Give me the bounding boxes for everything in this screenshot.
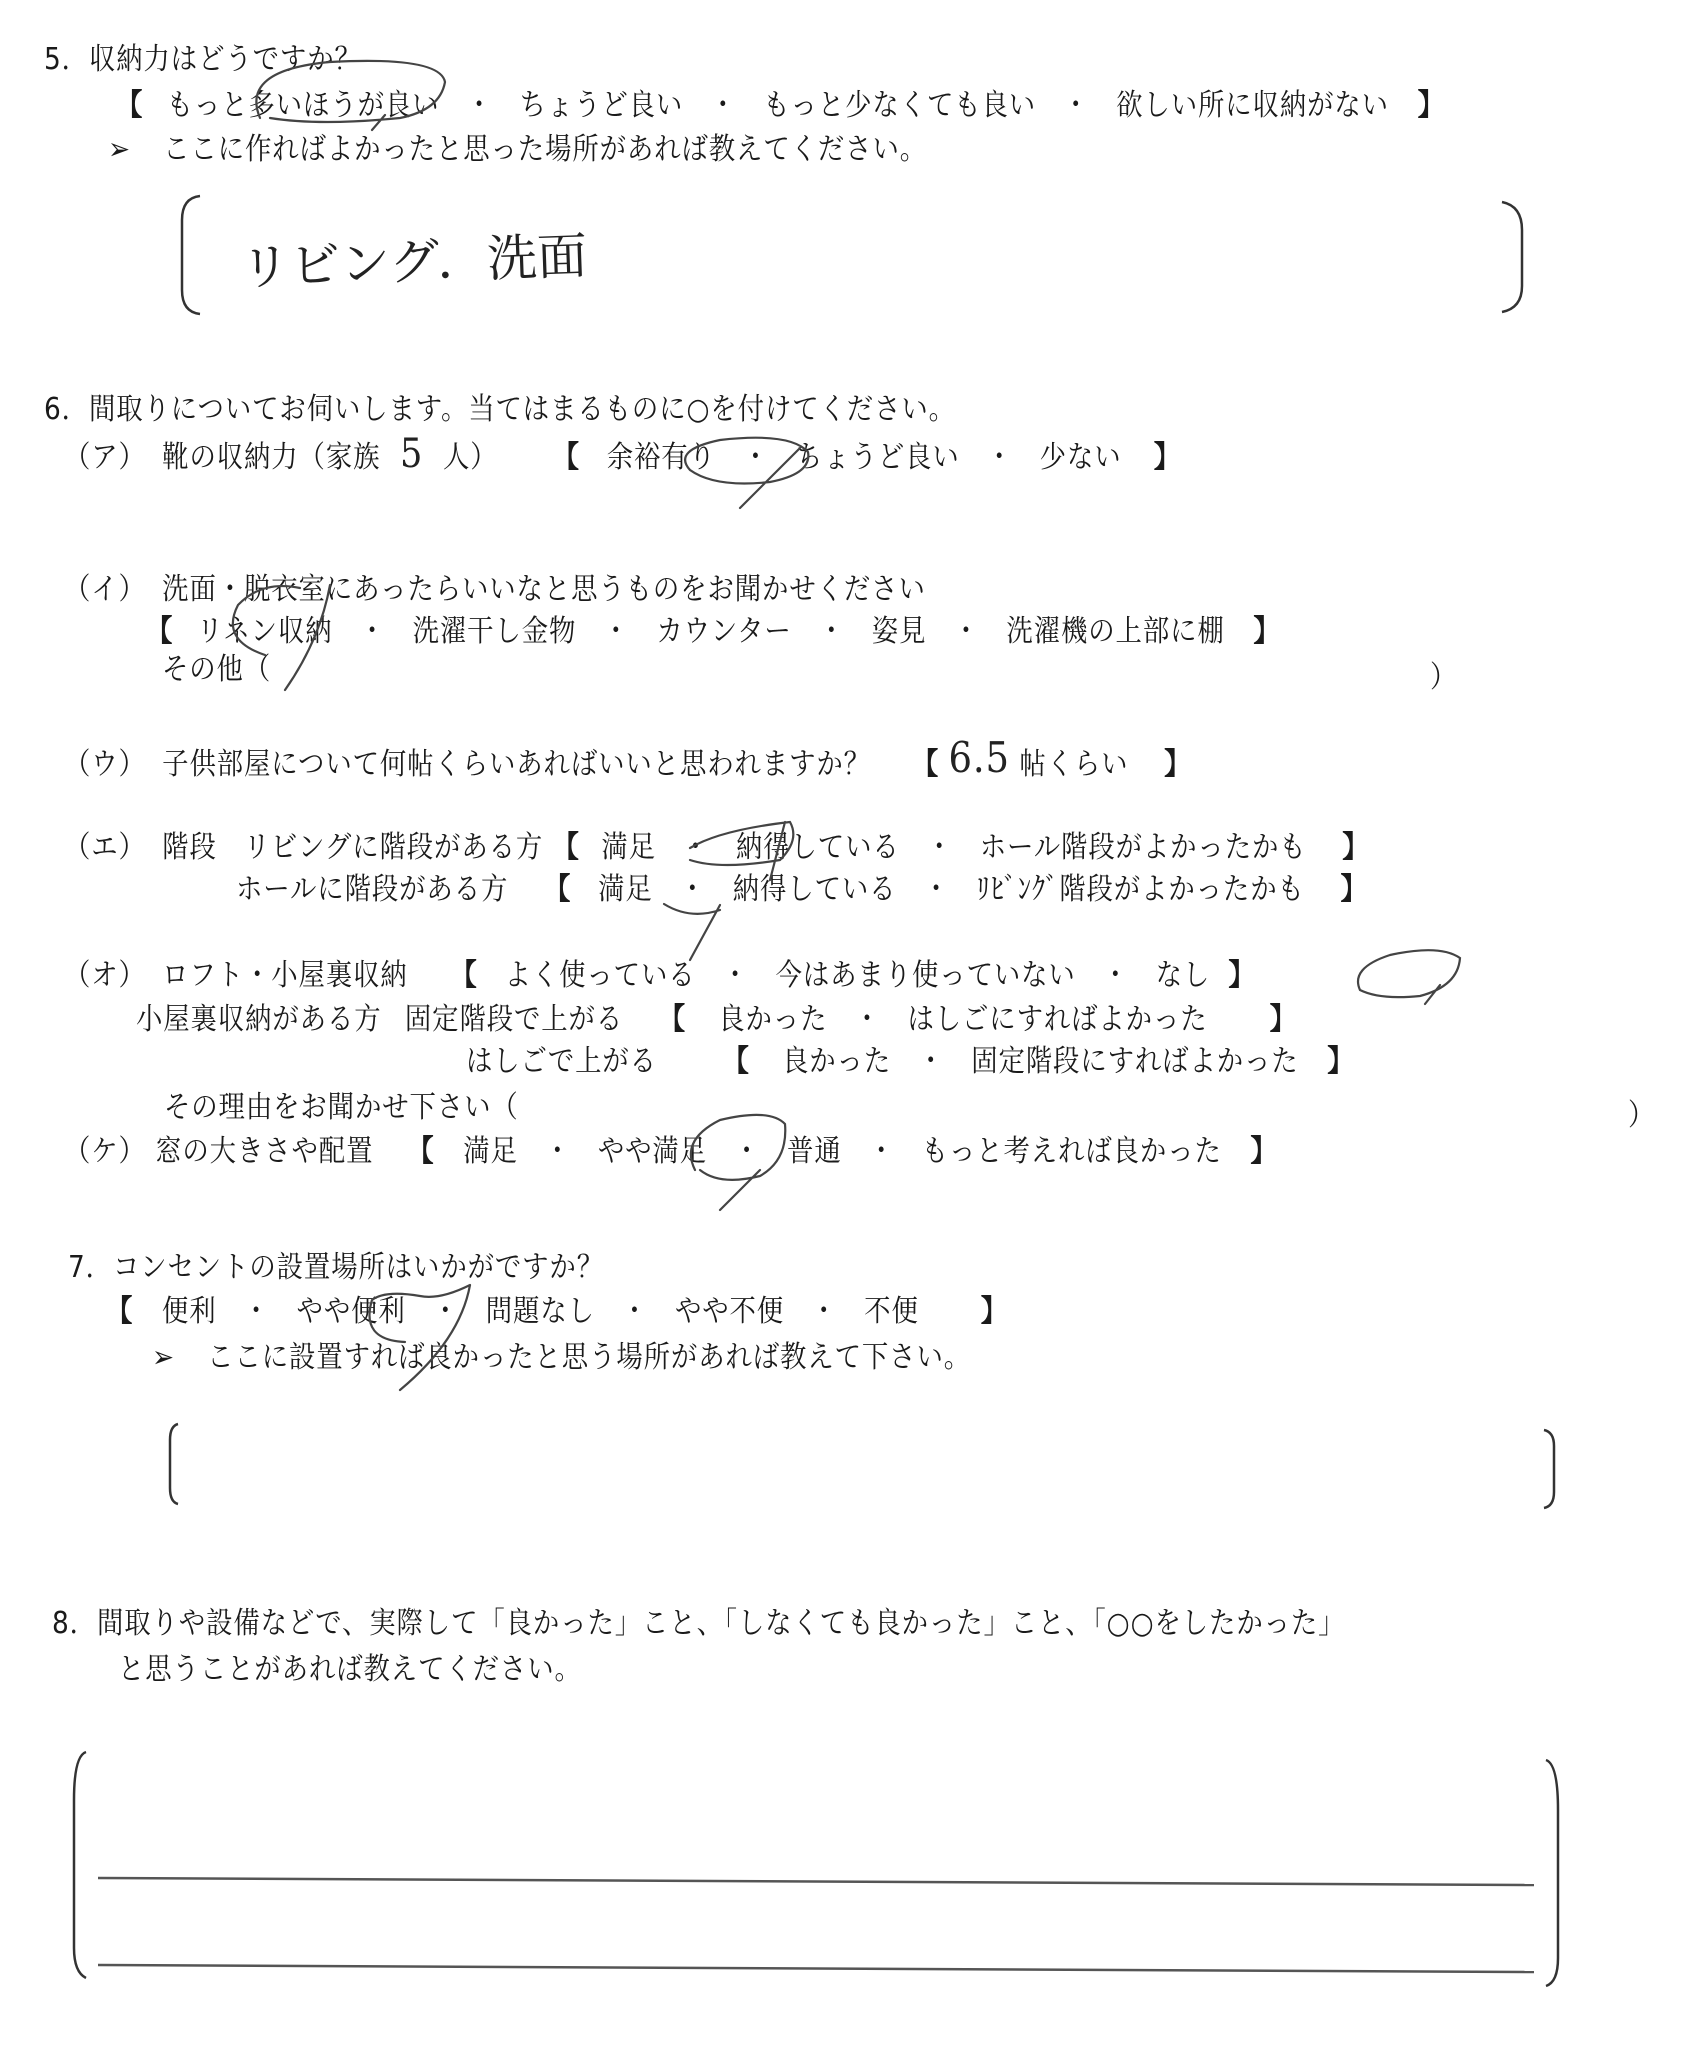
q6o-sub1-label: 固定階段で上がる bbox=[405, 1002, 623, 1037]
open-bracket: 【 bbox=[544, 872, 571, 908]
q6ke-text: 窓の大きさや配置 bbox=[155, 1134, 373, 1169]
q6e-row1-option-accept[interactable]: 納得している bbox=[736, 830, 900, 866]
separator: ・ bbox=[953, 614, 980, 650]
q6o-sub2-option-good[interactable]: 良かった bbox=[782, 1044, 891, 1080]
q6a-row: （ア） 靴の収納力（家族 5 人） 【 余裕有り・ちょうど良い・少ない 】 bbox=[64, 436, 1181, 476]
separator: ・ bbox=[918, 1044, 945, 1080]
q6ke-row: （ケ） 窓の大きさや配置 【 満足・やや満足・普通・もっと考えれば良かった 】 bbox=[64, 1134, 1278, 1170]
open-bracket: 【 bbox=[450, 958, 477, 994]
q6i-option-mirror[interactable]: 姿見 bbox=[872, 614, 927, 650]
q6o-label: （オ） bbox=[64, 958, 146, 993]
q7-answer[interactable] bbox=[190, 1430, 1540, 1500]
q5-option-missing[interactable]: 欲しい所に収納がない bbox=[1116, 88, 1389, 124]
q8-answer-line1-input[interactable] bbox=[100, 1820, 1530, 1870]
q6o-option-often[interactable]: よく使っている bbox=[505, 958, 696, 994]
q5-option-less[interactable]: もっと少なくても良い bbox=[763, 88, 1036, 124]
open-bracket: 【 bbox=[407, 1134, 434, 1170]
q8-answer-line2-input[interactable] bbox=[100, 1910, 1530, 1960]
q6a-text-after: 人） bbox=[443, 440, 498, 475]
q6e-row2-option-accept[interactable]: 納得している bbox=[733, 872, 897, 908]
arrow-icon: ➢ bbox=[108, 132, 131, 167]
arrow-icon: ➢ bbox=[152, 1340, 175, 1375]
q6i-label: （イ） bbox=[64, 572, 146, 607]
q6a-option-few[interactable]: 少ない bbox=[1040, 440, 1122, 476]
q8-answer-box bbox=[60, 1720, 1660, 2040]
close-bracket: 】 bbox=[1270, 1002, 1297, 1038]
q5-options: 【 もっと多いほうが良い・ちょうど良い・もっと少なくても良い・欲しい所に収納がな… bbox=[116, 88, 1445, 124]
q6i-other-input[interactable] bbox=[300, 652, 1420, 692]
q6a-text: 靴の収納力（家族 bbox=[162, 440, 380, 475]
separator: ・ bbox=[986, 440, 1013, 476]
q6u-text: 子供部屋について何帖くらいあればいいと思われますか？ bbox=[162, 747, 871, 782]
separator: ・ bbox=[621, 1294, 648, 1330]
q6u-handwritten-answer[interactable]: 6.5 bbox=[948, 740, 1010, 776]
q6o-sub-label: 小屋裏収納がある方 bbox=[136, 1002, 382, 1037]
separator: ・ bbox=[466, 88, 493, 124]
separator: ・ bbox=[742, 440, 769, 476]
q6i-option-linen[interactable]: リネン収納 bbox=[197, 614, 333, 650]
close-bracket: 】 bbox=[1327, 1044, 1354, 1080]
q6ke-option-satisfied[interactable]: 満足 bbox=[463, 1134, 518, 1170]
open-bracket: 【 bbox=[723, 1044, 750, 1080]
close-bracket: 】 bbox=[981, 1294, 1008, 1330]
separator: ・ bbox=[432, 1294, 459, 1330]
open-bracket: 【 bbox=[553, 440, 580, 476]
q5-option-just-right[interactable]: ちょうど良い bbox=[520, 88, 684, 124]
q7-option-somewhat-convenient[interactable]: やや便利 bbox=[297, 1294, 406, 1330]
open-bracket: 【 bbox=[912, 747, 939, 783]
separator: ・ bbox=[710, 88, 737, 124]
q8-answer-line-2 bbox=[98, 1965, 1534, 1972]
q8-title-line2: と思うことがあれば教えてください。 bbox=[118, 1652, 582, 1688]
q6o-sub1-option-ladder[interactable]: はしごにすればよかった bbox=[907, 1002, 1207, 1038]
separator: ・ bbox=[679, 872, 706, 908]
q8-answer-line-1 bbox=[98, 1878, 1534, 1885]
q6ke-option-normal[interactable]: 普通 bbox=[787, 1134, 842, 1170]
q8-title-line1: 8．間取りや設備などで、実際して「良かった」こと、「しなくても良かった」こと、「… bbox=[52, 1606, 1345, 1642]
separator: ・ bbox=[1062, 88, 1089, 124]
separator: ・ bbox=[810, 1294, 837, 1330]
open-bracket: 【 bbox=[116, 88, 143, 124]
separator: ・ bbox=[868, 1134, 895, 1170]
q6o-sub2-label: はしごで上がる bbox=[466, 1044, 657, 1079]
q6o-option-none[interactable]: なし bbox=[1156, 958, 1211, 994]
q6e-row1-option-hall[interactable]: ホール階段がよかったかも bbox=[980, 830, 1307, 866]
q6a-option-plenty[interactable]: 余裕有り bbox=[607, 440, 716, 476]
close-bracket: 】 bbox=[1253, 614, 1280, 650]
q6u-unit: 帖くらい bbox=[1019, 747, 1128, 782]
q6i-text: 洗面・脱衣室にあったらいいなと思うものをお聞かせください bbox=[162, 572, 926, 607]
open-bracket: 【 bbox=[146, 614, 173, 650]
separator: ・ bbox=[854, 1002, 881, 1038]
q6i-other-close: ） bbox=[1430, 660, 1457, 696]
q6e-row2-label: ホールに階段がある方 bbox=[236, 872, 508, 907]
close-bracket: 】 bbox=[1418, 88, 1445, 124]
separator: ・ bbox=[603, 614, 630, 650]
q5-followup-text: ここに作ればよかったと思った場所があれば教えてください。 bbox=[163, 132, 927, 167]
q6e-row2-option-living[interactable]: ﾘﾋﾞﾝｸﾞ階段がよかったかも bbox=[977, 872, 1305, 908]
separator: ・ bbox=[359, 614, 386, 650]
q6o-option-rarely[interactable]: 今はあまり使っていない bbox=[776, 958, 1076, 994]
q6o-sub-row-2: はしごで上がる 【 良かった・固定階段にすればよかった 】 bbox=[466, 1044, 1354, 1080]
q6o-sub1-option-good[interactable]: 良かった bbox=[718, 1002, 827, 1038]
q7-option-somewhat-inconvenient[interactable]: やや不便 bbox=[675, 1294, 784, 1330]
q6o-row: （オ） ロフト・小屋裏収納 【 よく使っている・今はあまり使っていない・なし 】 bbox=[64, 958, 1256, 994]
q6o-reason-close: ） bbox=[1628, 1098, 1655, 1134]
q7-followup: ➢ ここに設置すれば良かったと思う場所があれば教えて下さい。 bbox=[152, 1340, 971, 1376]
open-bracket: 【 bbox=[552, 830, 579, 866]
q6i-option-shelf[interactable]: 洗濯機の上部に棚 bbox=[1006, 614, 1224, 650]
separator: ・ bbox=[682, 830, 709, 866]
close-bracket: 】 bbox=[1250, 1134, 1277, 1170]
separator: ・ bbox=[818, 614, 845, 650]
selection-circle-icon bbox=[664, 904, 720, 960]
q6e-row2-option-satisfied[interactable]: 満足 bbox=[598, 872, 653, 908]
q6i-option-counter[interactable]: カウンター bbox=[656, 614, 791, 650]
separator: ・ bbox=[923, 872, 950, 908]
q6a-family-count[interactable]: 5 bbox=[390, 436, 434, 472]
close-bracket: 】 bbox=[1342, 830, 1369, 866]
separator: ・ bbox=[243, 1294, 270, 1330]
q6i-options: 【 リネン収納・洗濯干し金物・カウンター・姿見・洗濯機の上部に棚 】 bbox=[146, 614, 1281, 650]
q6e-row1-option-satisfied[interactable]: 満足 bbox=[601, 830, 656, 866]
separator: ・ bbox=[722, 958, 749, 994]
separator: ・ bbox=[733, 1134, 760, 1170]
open-bracket: 【 bbox=[106, 1294, 133, 1330]
q6u-row: （ウ） 子供部屋について何帖くらいあればいいと思われますか？ 【 6.5 帖くら… bbox=[64, 742, 1191, 783]
q6e-row1-label: リビングに階段がある方 bbox=[244, 830, 544, 865]
separator: ・ bbox=[926, 830, 953, 866]
q6u-label: （ウ） bbox=[64, 747, 146, 782]
q6i-option-drying[interactable]: 洗濯干し金物 bbox=[413, 614, 577, 650]
q7-option-convenient[interactable]: 便利 bbox=[162, 1294, 217, 1330]
q5-handwritten-answer[interactable]: リビング．洗面 bbox=[239, 216, 588, 300]
q6ke-label: （ケ） bbox=[64, 1134, 146, 1169]
q7-option-no-problem[interactable]: 問題なし bbox=[486, 1294, 595, 1330]
q6ke-option-somewhat[interactable]: やや満足 bbox=[598, 1134, 707, 1170]
close-bracket: 】 bbox=[1340, 872, 1367, 908]
q6e-row-1: （エ） 階段 リビングに階段がある方 【 満足・納得している・ホール階段がよかっ… bbox=[64, 830, 1370, 866]
q6e-label: （エ） bbox=[64, 830, 146, 865]
selection-circle-icon bbox=[1358, 950, 1460, 1004]
q6o-sub-row-1: 小屋裏収納がある方 固定階段で上がる 【 良かった・はしごにすればよかった 】 bbox=[136, 1002, 1297, 1038]
q7-options: 【 便利・やや便利・問題なし・やや不便・不便 】 bbox=[106, 1294, 1008, 1330]
q6i-row: （イ） 洗面・脱衣室にあったらいいなと思うものをお聞かせください bbox=[64, 572, 926, 608]
q6ke-option-should-think[interactable]: もっと考えれば良かった bbox=[922, 1134, 1222, 1170]
close-bracket: 】 bbox=[1154, 440, 1181, 476]
q5-option-more[interactable]: もっと多いほうが良い bbox=[167, 88, 440, 124]
q6a-option-just-right[interactable]: ちょうど良い bbox=[796, 440, 960, 476]
q6-title: 6．間取りについてお伺いします。当てはまるものに○を付けてください。 bbox=[44, 392, 956, 428]
q6e-row-2: ホールに階段がある方 【 満足・納得している・ﾘﾋﾞﾝｸﾞ階段がよかったかも 】 bbox=[236, 872, 1368, 908]
separator: ・ bbox=[1102, 958, 1129, 994]
q6o-text: ロフト・小屋裏収納 bbox=[162, 958, 408, 993]
close-bracket: 】 bbox=[1228, 958, 1255, 994]
q6i-other-label: その他（ bbox=[162, 652, 271, 688]
q7-option-inconvenient[interactable]: 不便 bbox=[864, 1294, 919, 1330]
q5-title: 5．収納力はどうですか？ bbox=[44, 42, 362, 78]
close-bracket: 】 bbox=[1164, 747, 1191, 783]
open-bracket: 【 bbox=[659, 1002, 686, 1038]
q6a-label: （ア） bbox=[64, 440, 146, 475]
q6e-topic: 階段 bbox=[162, 830, 217, 865]
q6o-reason-input[interactable] bbox=[600, 1090, 1610, 1130]
q5-followup: ➢ ここに作ればよかったと思った場所があれば教えてください。 bbox=[108, 132, 927, 168]
q6o-reason-label: その理由をお聞かせ下さい（ bbox=[164, 1090, 519, 1126]
q7-title: 7．コンセントの設置場所はいかがですか？ bbox=[68, 1250, 604, 1286]
q7-followup-text: ここに設置すれば良かったと思う場所があれば教えて下さい。 bbox=[207, 1340, 971, 1375]
q6o-sub2-option-fixed[interactable]: 固定階段にすればよかった bbox=[971, 1044, 1298, 1080]
separator: ・ bbox=[544, 1134, 571, 1170]
